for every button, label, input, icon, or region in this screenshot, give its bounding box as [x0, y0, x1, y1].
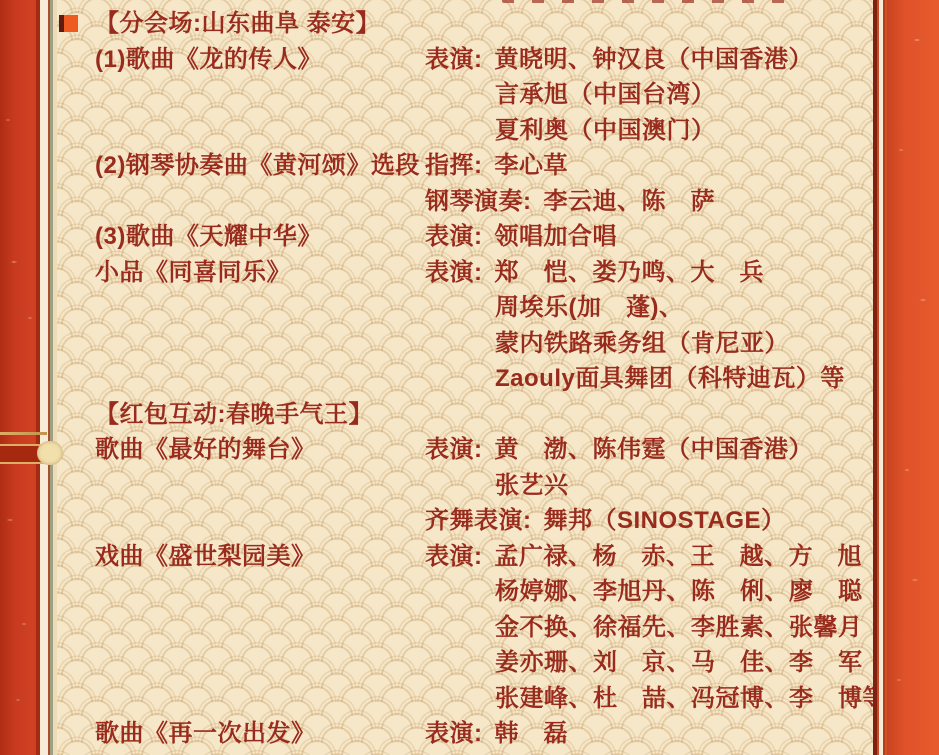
credit-names: 张艺兴: [495, 468, 569, 504]
credit-names: 孟广禄、杨 赤、王 越、方 旭: [495, 539, 863, 575]
credit-label: 表演:: [425, 716, 483, 752]
credit-names: 郑 恺、娄乃鸣、大 兵: [495, 255, 765, 291]
credit-names: 领唱加合唱: [495, 219, 618, 255]
credit-label: 表演:: [425, 42, 483, 78]
credit-names: 周埃乐(加 蓬)、: [495, 290, 683, 326]
row-title: (2)钢琴协奏曲《黄河颂》选段: [95, 148, 425, 184]
credit-names: 舞邦（SINOSTAGE）: [544, 503, 786, 539]
program-row: 姜亦珊、刘 京、马 佳、李 军: [57, 645, 873, 681]
credit-label: 齐舞表演:: [425, 503, 532, 539]
content-panel: 【分会场:山东曲阜 泰安】 (1)歌曲《龙的传人》 表演: 黄晓明、钟汉良（中国…: [57, 0, 873, 755]
program-row: 齐舞表演: 舞邦（SINOSTAGE）: [57, 503, 873, 539]
credit-label: 指挥:: [425, 148, 483, 184]
credit-names: 韩 磊: [495, 716, 569, 752]
credit-names: 金不换、徐福先、李胜素、张馨月: [495, 610, 863, 646]
credit-label: 表演:: [425, 255, 483, 291]
credit-names: 言承旭（中国台湾）: [495, 77, 716, 113]
border-ornament: [0, 428, 64, 474]
section-header-row: 【红包互动:春晚手气王】: [57, 397, 873, 433]
program-row: 蒙内铁路乘务组（肯尼亚）: [57, 326, 873, 362]
row-title: (3)歌曲《天耀中华》: [95, 219, 425, 255]
row-title: 歌曲《最好的舞台》: [95, 432, 425, 468]
program-row: 言承旭（中国台湾）: [57, 77, 873, 113]
row-title: 歌曲《再一次出发》: [95, 716, 425, 752]
credit-names: 李云迪、陈 萨: [544, 184, 716, 220]
program-row: Zaouly面具舞团（科特迪瓦）等: [57, 361, 873, 397]
program-row: 张艺兴: [57, 468, 873, 504]
program-poster: 【分会场:山东曲阜 泰安】 (1)歌曲《龙的传人》 表演: 黄晓明、钟汉良（中国…: [0, 0, 939, 755]
program-row: 夏利奥（中国澳门）: [57, 113, 873, 149]
right-border: [887, 0, 939, 755]
program-row: 张建峰、杜 喆、冯冠博、李 博等: [57, 681, 873, 717]
credit-label: 表演:: [425, 219, 483, 255]
list-bullet-icon: [59, 15, 78, 32]
program-row: (1)歌曲《龙的传人》 表演: 黄晓明、钟汉良（中国香港）: [57, 42, 873, 78]
program-row: (2)钢琴协奏曲《黄河颂》选段 指挥: 李心草: [57, 148, 873, 184]
credit-names: 杨婷娜、李旭丹、陈 俐、廖 聪: [495, 574, 863, 610]
program-row: 戏曲《盛世梨园美》 表演: 孟广禄、杨 赤、王 越、方 旭: [57, 539, 873, 575]
program-row: 歌曲《再一次出发》 表演: 韩 磊: [57, 716, 873, 752]
program-row: 周埃乐(加 蓬)、: [57, 290, 873, 326]
ornament-knob: [37, 441, 63, 465]
program-list: 【分会场:山东曲阜 泰安】 (1)歌曲《龙的传人》 表演: 黄晓明、钟汉良（中国…: [57, 6, 873, 752]
credit-names: 黄晓明、钟汉良（中国香港）: [495, 42, 814, 78]
row-title: 戏曲《盛世梨园美》: [95, 539, 425, 575]
left-border-separator: [36, 0, 57, 755]
row-title: 【分会场:山东曲阜 泰安】: [95, 6, 380, 42]
row-title: 小品《同喜同乐》: [95, 255, 425, 291]
credit-names: 蒙内铁路乘务组（肯尼亚）: [495, 326, 789, 362]
credit-names: 黄 渤、陈伟霆（中国香港）: [495, 432, 814, 468]
credit-label: 表演:: [425, 432, 483, 468]
section-header-row: 【分会场:山东曲阜 泰安】: [57, 6, 873, 42]
credit-names: 张建峰、杜 喆、冯冠博、李 博等: [495, 681, 873, 717]
credit-names: 李心草: [495, 148, 569, 184]
row-title: (1)歌曲《龙的传人》: [95, 42, 425, 78]
ornament-gold-line: [0, 432, 47, 435]
program-row: (3)歌曲《天耀中华》 表演: 领唱加合唱: [57, 219, 873, 255]
program-row: 金不换、徐福先、李胜素、张馨月: [57, 610, 873, 646]
program-row: 歌曲《最好的舞台》 表演: 黄 渤、陈伟霆（中国香港）: [57, 432, 873, 468]
program-row: 钢琴演奏: 李云迪、陈 萨: [57, 184, 873, 220]
credit-names: Zaouly面具舞团（科特迪瓦）等: [495, 361, 845, 397]
row-title: 【红包互动:春晚手气王】: [95, 397, 373, 433]
credit-names: 夏利奥（中国澳门）: [495, 113, 716, 149]
credit-names: 姜亦珊、刘 京、马 佳、李 军: [495, 645, 863, 681]
clipped-text-sliver: [502, 0, 802, 3]
credit-label: 钢琴演奏:: [425, 184, 532, 220]
program-row: 小品《同喜同乐》 表演: 郑 恺、娄乃鸣、大 兵: [57, 255, 873, 291]
right-border-separator: [873, 0, 887, 755]
credit-label: 表演:: [425, 539, 483, 575]
program-row: 杨婷娜、李旭丹、陈 俐、廖 聪: [57, 574, 873, 610]
